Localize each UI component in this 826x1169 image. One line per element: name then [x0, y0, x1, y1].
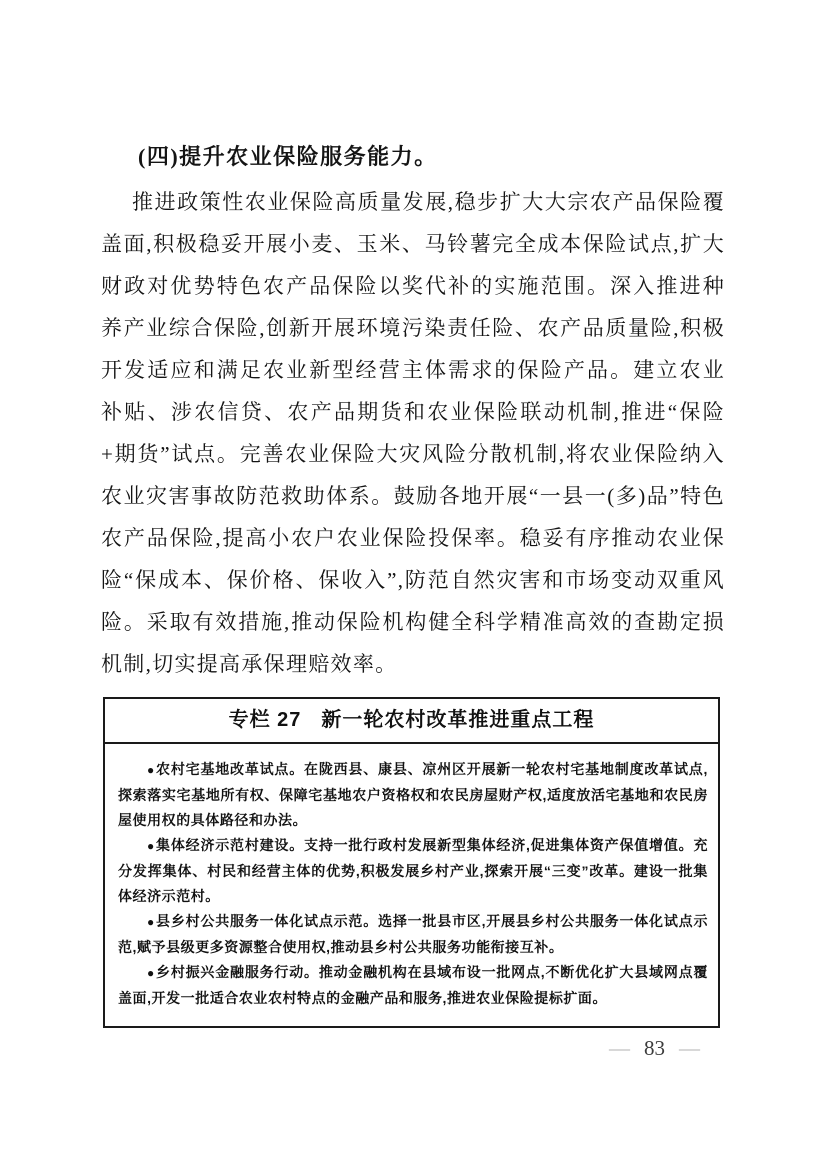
page-number-value: 83: [644, 1033, 665, 1063]
panel-title-text: 新一轮农村改革推进重点工程: [321, 709, 594, 731]
panel-title-label: 专栏 27: [229, 709, 302, 731]
bullet-dot-icon: ●: [147, 915, 155, 929]
bullet-lead: 农村宅基地改革试点。: [156, 761, 304, 777]
page-number-dash-left: —: [609, 1033, 630, 1063]
bullet-dot-icon: ●: [147, 763, 155, 777]
page-content-column: (四)提升农业保险服务能力。 推进政策性农业保险高质量发展,稳步扩大大宗农产品保…: [101, 0, 725, 1028]
highlight-panel: 专栏 27新一轮农村改革推进重点工程 ●农村宅基地改革试点。在陇西县、康县、凉州…: [103, 697, 720, 1028]
panel-bullet-item: ●农村宅基地改革试点。在陇西县、康县、凉州区开展新一轮农村宅基地制度改革试点,探…: [118, 757, 708, 833]
bullet-lead: 县乡村公共服务一体化试点示范。: [156, 913, 378, 929]
body-paragraph: 推进政策性农业保险高质量发展,稳步扩大大宗农产品保险覆盖面,积极稳妥开展小麦、玉…: [101, 181, 725, 685]
bullet-dot-icon: ●: [147, 839, 155, 853]
panel-bullet-item: ●集体经济示范村建设。支持一批行政村发展新型集体经济,促进集体资产保值增值。充分…: [118, 833, 708, 909]
page-number: — 83 —: [609, 1033, 700, 1063]
section-heading: (四)提升农业保险服务能力。: [101, 141, 725, 173]
panel-bullet-item: ●县乡村公共服务一体化试点示范。选择一批县市区,开展县乡村公共服务一体化试点示范…: [118, 909, 708, 960]
panel-body: ●农村宅基地改革试点。在陇西县、康县、凉州区开展新一轮农村宅基地制度改革试点,探…: [105, 744, 718, 1026]
panel-title: 专栏 27新一轮农村改革推进重点工程: [105, 699, 718, 744]
panel-bullet-item: ●乡村振兴金融服务行动。推动金融机构在县域布设一批网点,不断优化扩大县域网点覆盖…: [118, 960, 708, 1011]
bullet-lead: 乡村振兴金融服务行动。: [156, 964, 319, 980]
bullet-lead: 集体经济示范村建设。: [156, 837, 304, 853]
document-page: (四)提升农业保险服务能力。 推进政策性农业保险高质量发展,稳步扩大大宗农产品保…: [0, 0, 826, 1169]
page-number-dash-right: —: [679, 1033, 700, 1063]
bullet-dot-icon: ●: [147, 966, 155, 980]
